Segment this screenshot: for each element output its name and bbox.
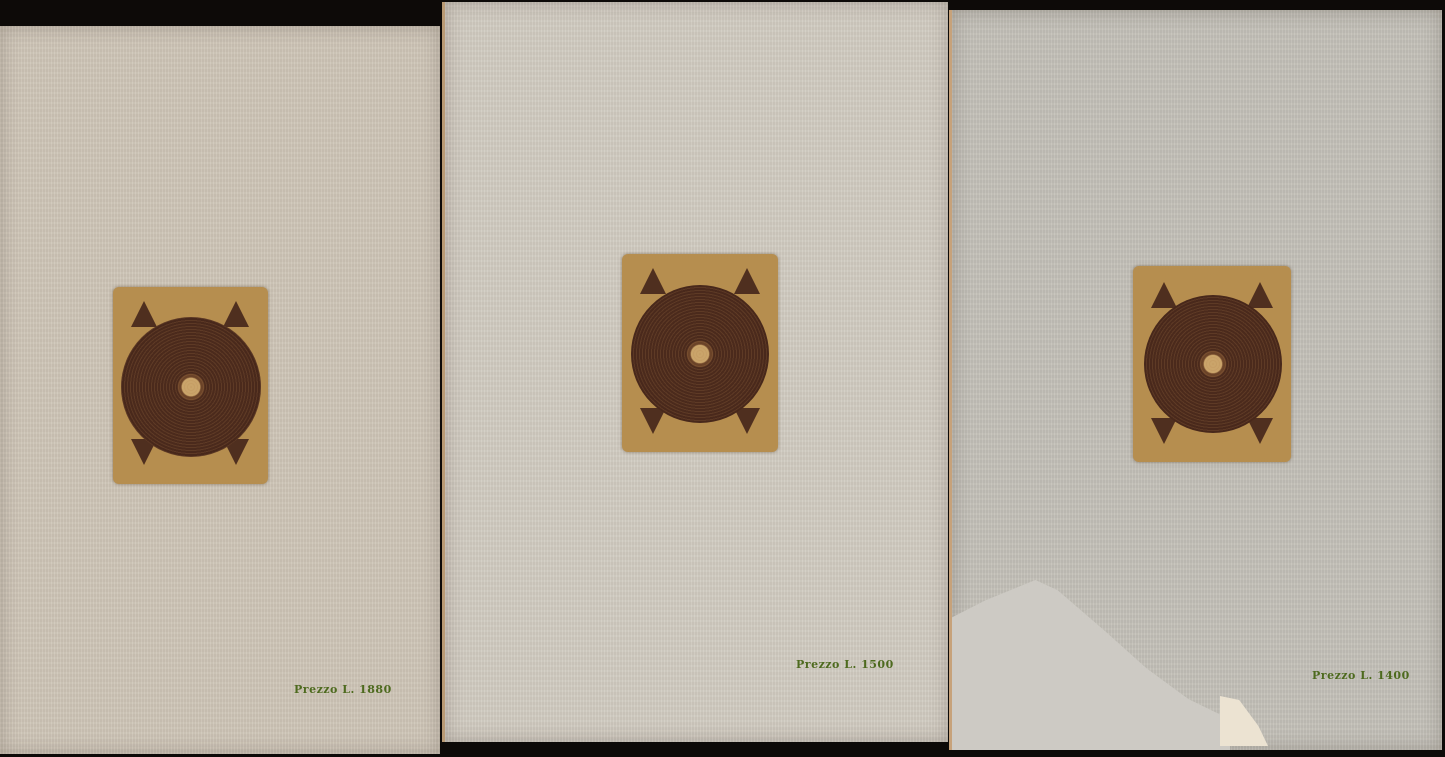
decorative-disc-icon (631, 285, 769, 423)
book-cover-3: Prezzo L. 1400 (949, 10, 1442, 750)
leaf-ornament-icon (1151, 282, 1177, 308)
cover-emblem (113, 287, 268, 484)
leaf-ornament-icon (131, 301, 157, 327)
leaf-ornament-icon (1247, 418, 1273, 444)
decorative-disc-icon (121, 317, 261, 457)
decorative-disc-icon (1144, 295, 1282, 433)
book-cover-1: Prezzo L. 1880 (0, 26, 440, 754)
torn-corner (952, 580, 1230, 750)
leaf-ornament-icon (734, 268, 760, 294)
cover-emblem (622, 254, 778, 452)
price-label: Prezzo L. 1500 (796, 658, 894, 671)
torn-corner-gap (1220, 696, 1268, 746)
leaf-ornament-icon (1247, 282, 1273, 308)
leaf-ornament-icon (640, 268, 666, 294)
leaf-ornament-icon (1151, 418, 1177, 444)
price-label: Prezzo L. 1880 (294, 683, 392, 696)
leaf-ornament-icon (223, 301, 249, 327)
book-cover-2: Prezzo L. 1500 (442, 2, 948, 742)
price-label: Prezzo L. 1400 (1312, 669, 1410, 682)
cover-emblem (1133, 266, 1291, 462)
leaf-ornament-icon (734, 408, 760, 434)
